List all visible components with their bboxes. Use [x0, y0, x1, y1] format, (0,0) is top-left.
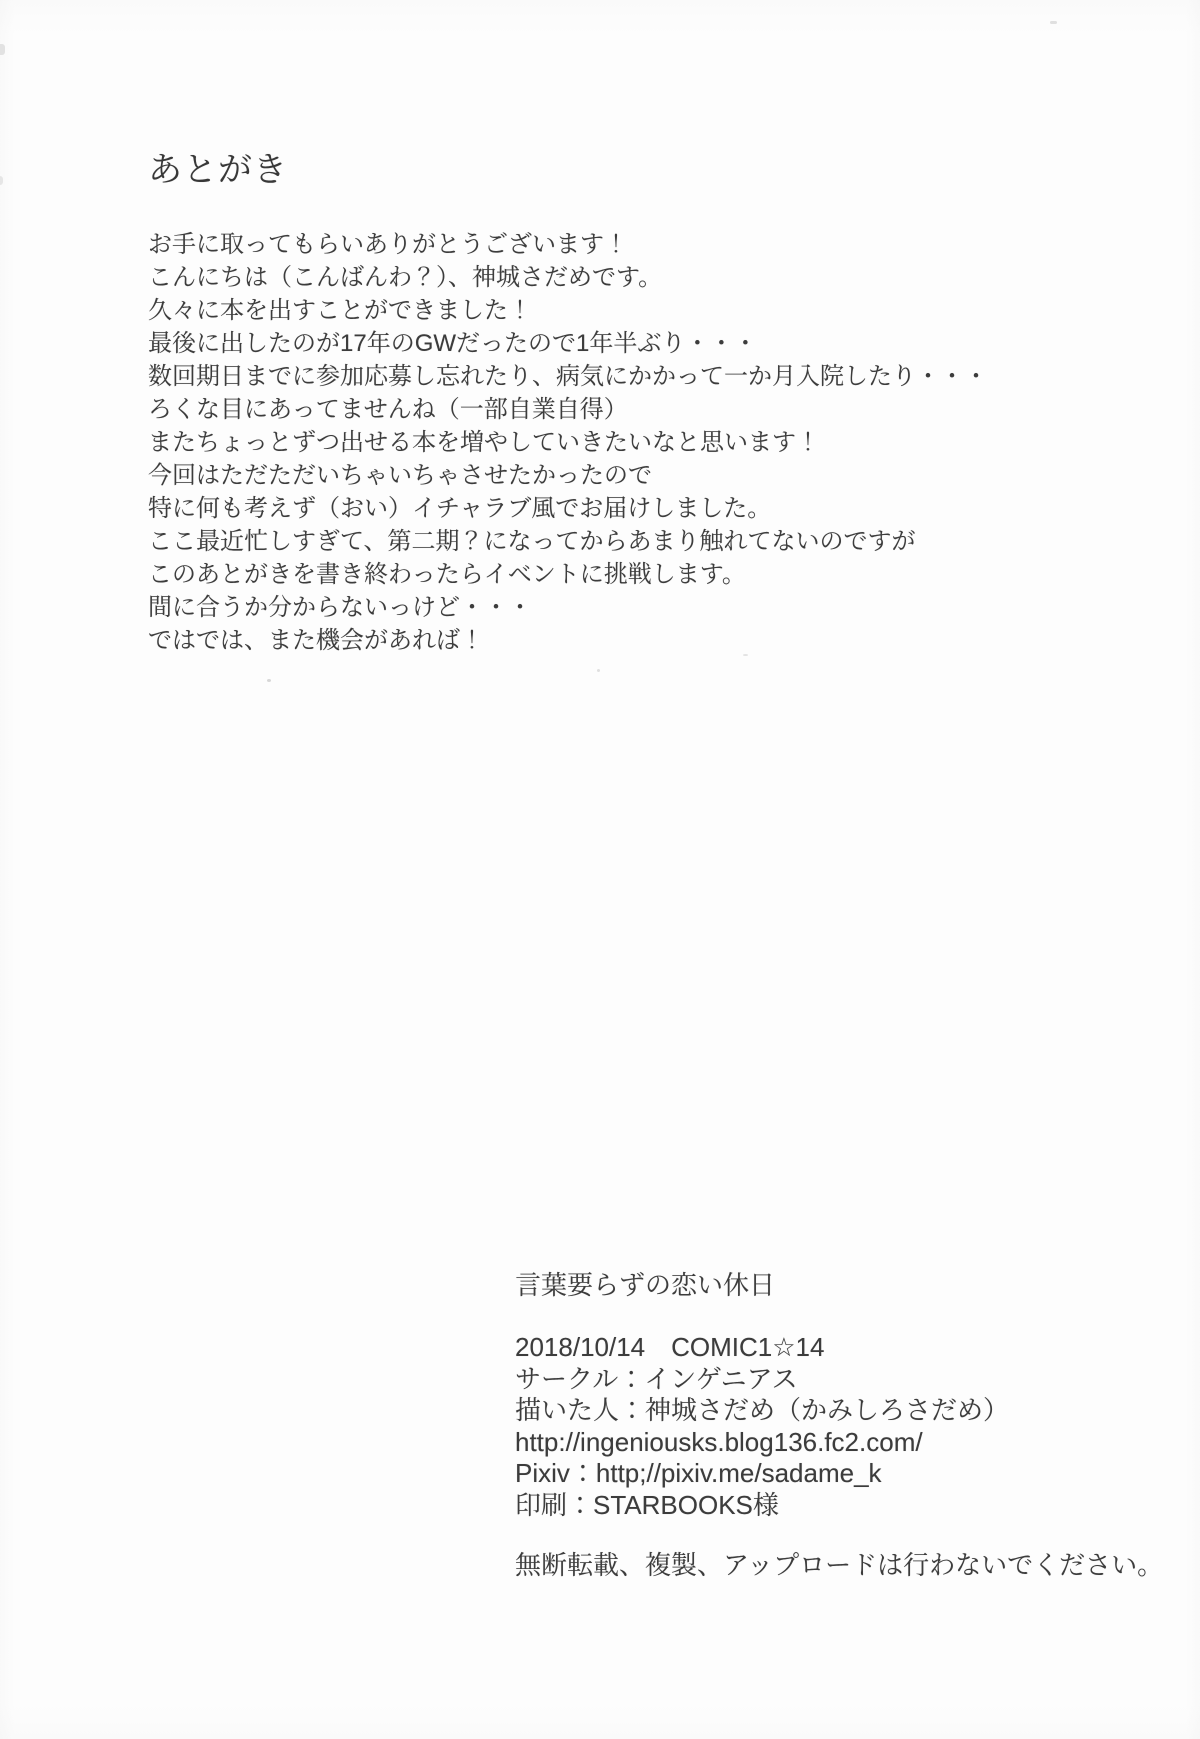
circle-name-line: サークル：インゲニアス	[515, 1364, 1009, 1396]
body-line: ここ最近忙しすぎて、第二期？になってからあまり触れてないのですが	[148, 525, 1148, 558]
book-title: 言葉要らずの恋い休日	[515, 1270, 775, 1300]
scan-speck	[597, 669, 600, 672]
body-line: またちょっとずつ出せる本を増やしていきたいなと思います！	[148, 426, 1148, 459]
event-date-line: 2018/10/14 COMIC1☆14	[515, 1332, 1009, 1364]
body-line: 久々に本を出すことができました！	[148, 294, 1148, 327]
body-line: 最後に出したのが17年のGWだったので1年半ぶり・・・	[148, 327, 1148, 360]
scan-speck	[1050, 21, 1057, 24]
artist-name-line: 描いた人：神城さだめ（かみしろさだめ）	[515, 1395, 1009, 1427]
body-line: 数回期日までに参加応募し忘れたり、病気にかかって一か月入院したり・・・	[148, 360, 1148, 393]
body-line: ろくな目にあってませんね（一部自業自得）	[148, 393, 1148, 426]
body-line: 特に何も考えず（おい）イチャラブ風でお届けしました。	[148, 492, 1148, 525]
body-line: 間に合うか分からないっけど・・・	[148, 591, 1148, 624]
scan-edge-artifact	[0, 176, 3, 185]
body-line: ではでは、また機会があれば！	[148, 624, 1148, 657]
copyright-notice: 無断転載、複製、アップロードは行わないでください。	[515, 1550, 1163, 1581]
scan-edge-artifact	[0, 44, 5, 55]
body-line: このあとがきを書き終わったらイベントに挑戦します。	[148, 558, 1148, 591]
printer-line: 印刷：STARBOOKS様	[515, 1490, 1009, 1522]
body-line: お手に取ってもらいありがとうございます！	[148, 228, 1148, 261]
scan-speck	[267, 679, 271, 682]
afterword-body: お手に取ってもらいありがとうございます！ こんにちは（こんばんわ？）、神城さだめ…	[148, 228, 1148, 657]
pixiv-url-line: Pixiv：http;//pixiv.me/sadame_k	[515, 1458, 1009, 1490]
page-title: あとがき	[148, 150, 288, 191]
afterword-page: あとがき お手に取ってもらいありがとうございます！ こんにちは（こんばんわ？）、…	[0, 0, 1200, 1739]
body-line: こんにちは（こんばんわ？）、神城さだめです。	[148, 261, 1148, 294]
colophon-info: 2018/10/14 COMIC1☆14 サークル：インゲニアス 描いた人：神城…	[515, 1332, 1009, 1521]
website-url-line: http://ingeniousks.blog136.fc2.com/	[515, 1427, 1009, 1459]
body-line: 今回はただただいちゃいちゃさせたかったので	[148, 459, 1148, 492]
